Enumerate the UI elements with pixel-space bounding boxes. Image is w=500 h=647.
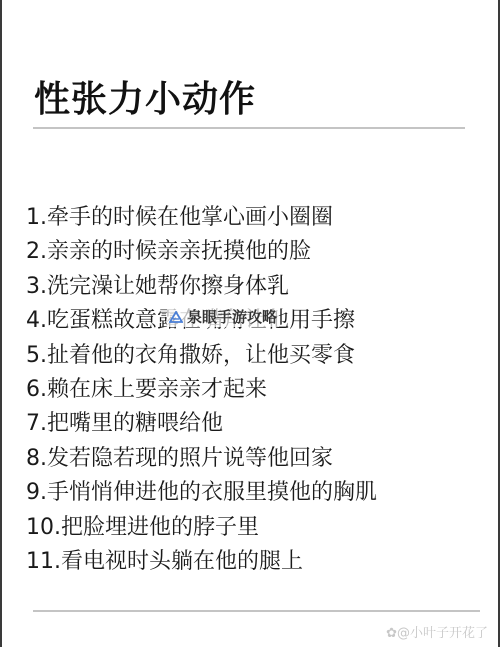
frame-left-border — [0, 0, 2, 647]
center-watermark: 泉眼手游攻略 — [167, 306, 279, 327]
list-item: 3.洗完澡让她帮你擦身体乳 — [26, 270, 377, 304]
list-item: 5.扯着他的衣角撒娇，让他买零食 — [26, 339, 377, 373]
list-item: 6.赖在床上要亲亲才起来 — [26, 373, 377, 407]
footer-divider — [33, 610, 480, 612]
list-item: 1.牵手的时候在他掌心画小圈圈 — [26, 201, 377, 235]
page-title: 性张力小动作 — [34, 78, 256, 122]
list-item: 10.把脸埋进他的脖子里 — [26, 511, 377, 545]
center-watermark-text: 泉眼手游攻略 — [187, 306, 277, 327]
action-list: 1.牵手的时候在他掌心画小圈圈 2.亲亲的时候亲亲抚摸他的脸 3.洗完澡让她帮你… — [26, 201, 377, 579]
list-item: 9.手悄悄伸进他的衣服里摸他的胸肌 — [26, 476, 377, 510]
triangle-logo-icon — [169, 311, 183, 323]
list-item: 7.把嘴里的糖喂给他 — [26, 407, 377, 441]
author-watermark: ✿@小叶子开花了 — [386, 622, 488, 641]
list-item: 8.发若隐若现的照片说等他回家 — [26, 442, 377, 476]
title-divider — [33, 127, 465, 129]
list-item: 2.亲亲的时候亲亲抚摸他的脸 — [26, 235, 377, 269]
list-item: 11.看电视时头躺在他的腿上 — [26, 545, 377, 579]
